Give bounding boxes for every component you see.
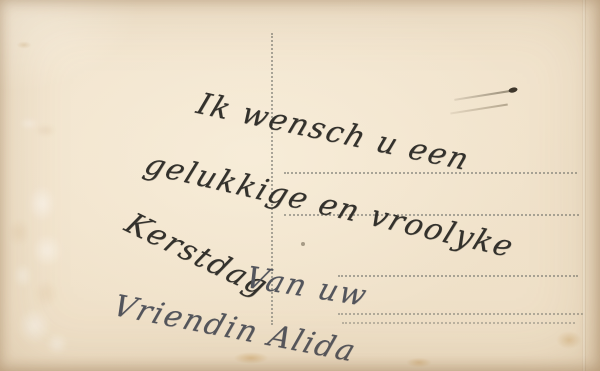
embossed-floral-pattern <box>0 182 76 362</box>
stain-top-left <box>14 40 34 50</box>
address-line-5 <box>342 322 575 324</box>
handwriting-line-4: Van uw <box>241 261 372 314</box>
address-line-1 <box>284 172 577 174</box>
scratch-stroke-lower <box>450 103 508 114</box>
right-edge-crease <box>582 0 586 371</box>
stain-bottom-right <box>552 328 586 352</box>
stain-bottom-center <box>402 356 436 369</box>
embossed-pattern-upper <box>16 110 58 144</box>
handwriting-line-1: Ik wensch u een <box>192 87 475 178</box>
pencil-scratch-mark <box>446 82 526 114</box>
address-line-4 <box>338 313 583 315</box>
scratch-stroke-upper <box>454 89 516 101</box>
ink-speck <box>301 242 305 246</box>
postcard-back-photo: Ik wensch u een gelukkige en vroolyke Ke… <box>0 0 600 371</box>
address-line-3 <box>338 275 578 277</box>
